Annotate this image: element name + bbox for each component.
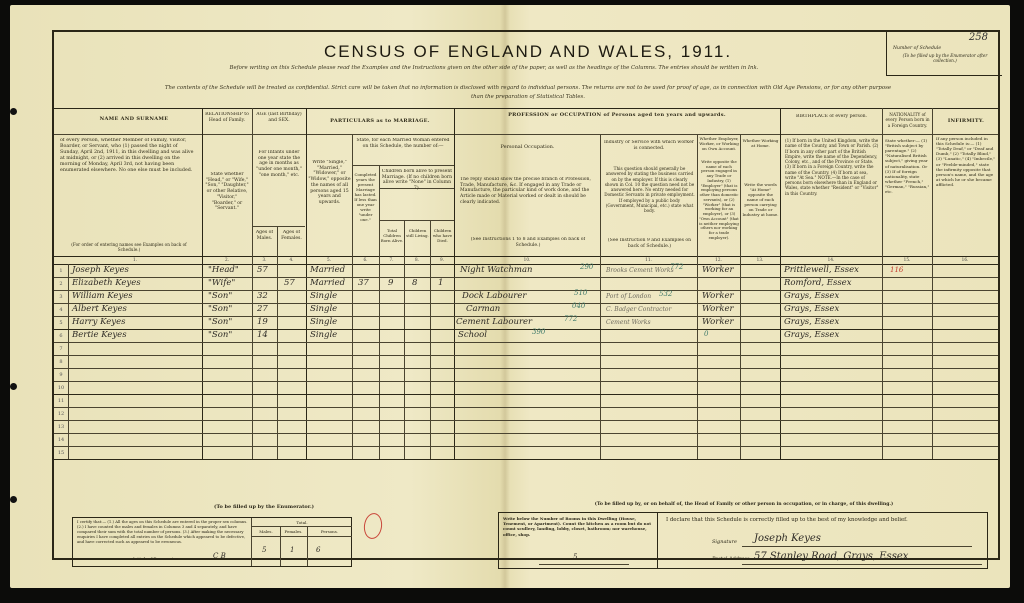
punch-hole xyxy=(10,496,17,503)
column-number: 13. xyxy=(740,257,780,262)
header-infirmity-desc: If any person included in this Schedule … xyxy=(936,136,996,187)
column-number: 15. xyxy=(882,257,932,262)
declaration-box: I declare that this Schedule is correctl… xyxy=(658,512,988,569)
header-relationship-desc: State whether "Head," or "Wife," "Son," … xyxy=(204,172,250,212)
header-children-living: Children still Living. xyxy=(405,228,430,238)
row-number: 9 xyxy=(56,372,66,378)
header-age-males: Ages of Males. xyxy=(253,230,276,241)
header-marriage: PARTICULARS as to MARRIAGE. xyxy=(308,118,452,124)
schedule-number-label: Number of Schedule xyxy=(893,46,941,51)
person-name: Joseph Keyes xyxy=(72,265,129,275)
employment-status: 0 xyxy=(704,330,708,338)
header-age: AGE (last Birthday) and SEX. xyxy=(254,112,304,123)
person-name: Harry Keyes xyxy=(72,317,125,327)
row-number: 10 xyxy=(56,385,66,391)
header-age-females: Ages of Females. xyxy=(278,230,305,241)
industry: C. Badger Contractor xyxy=(606,306,671,313)
females-label: Females. xyxy=(280,529,307,534)
marital-status: Married xyxy=(310,265,345,275)
row-number: 5 xyxy=(56,320,66,326)
row-number: 4 xyxy=(56,307,66,313)
column-number: 14. xyxy=(780,257,882,262)
years-married: 37 xyxy=(358,278,369,288)
header-birthplace-desc: (1) If born in the United Kingdom, write… xyxy=(785,138,880,196)
row-number: 2 xyxy=(56,281,66,287)
row-number: 7 xyxy=(56,346,66,352)
header-name-desc: of every Person, whether Member of Famil… xyxy=(60,138,198,174)
occupation: Night Watchman xyxy=(460,265,533,275)
declaration-text: I declare that this Schedule is correctl… xyxy=(666,517,986,523)
relationship: "Wife" xyxy=(208,278,235,288)
occupation: School xyxy=(458,330,487,340)
header-personal-occupation: Personal Occupation. xyxy=(456,144,599,150)
header-industry: Industry or Service with which worker is… xyxy=(602,140,696,151)
children-died: 1 xyxy=(438,278,443,288)
occupation-code: 390 xyxy=(532,328,545,336)
row-number: 8 xyxy=(56,359,66,365)
industry-code: 772 xyxy=(670,263,683,271)
confidential-notice-cont: than the preparation of Statistical Tabl… xyxy=(64,94,992,100)
schedule-number-box: 258 Number of Schedule (To be filled up … xyxy=(886,30,1002,76)
marital-status: Single xyxy=(310,304,337,314)
header-industry-desc: This question should generally be answer… xyxy=(604,166,695,213)
confidential-notice: The contents of the Schedule will be tre… xyxy=(64,85,992,91)
header-employer: Whether Employer, Worker, or Working on … xyxy=(699,136,739,151)
row-number: 6 xyxy=(56,333,66,339)
header-name-note: (For order of entering names see Example… xyxy=(60,242,198,253)
header-birthplace: BIRTHPLACE of every person. xyxy=(782,114,881,120)
column-number: 7. xyxy=(379,257,404,262)
marital-status: Married xyxy=(310,278,345,288)
header-relationship: RELATIONSHIP to Head of Family. xyxy=(204,112,250,123)
rooms-count: 5 xyxy=(573,553,577,561)
relationship: "Son" xyxy=(208,291,232,301)
industry: Cement Works xyxy=(606,319,651,326)
occupation-code: 772 xyxy=(564,315,577,323)
row-number: 12 xyxy=(56,411,66,417)
birthplace: Prittlewell, Essex xyxy=(784,265,859,275)
column-number: 10. xyxy=(454,257,600,262)
signature-label: Signature xyxy=(712,539,737,545)
header-name: NAME AND SURNAME xyxy=(68,116,200,122)
enumerator-section-title: (To be filled up by the Enumerator.) xyxy=(144,504,384,510)
punch-hole xyxy=(10,383,17,390)
age-female: 57 xyxy=(284,278,295,288)
relationship: "Son" xyxy=(208,330,232,340)
total-label: Total. xyxy=(252,520,352,525)
header-profession: PROFESSION or OCCUPATION of Persons aged… xyxy=(456,112,778,118)
employment-status: Worker xyxy=(702,265,734,275)
age-male: 57 xyxy=(257,265,268,275)
row-number: 15 xyxy=(56,450,66,456)
header-at-home: Whether Working at Home. xyxy=(742,138,779,148)
person-name: Bertie Keyes xyxy=(72,330,127,340)
occupation-code: 290 xyxy=(580,263,593,271)
rooms-box: Write below the Number of Rooms in this … xyxy=(498,512,658,569)
children-living: 8 xyxy=(412,278,417,288)
children-born: 9 xyxy=(388,278,393,288)
enumerator-certificate: I certify that:— (1.) All the ages on th… xyxy=(72,517,352,567)
header-infirmity: INFIRMITY. xyxy=(934,118,998,124)
birthplace: Grays, Essex xyxy=(784,330,839,340)
column-number: 9. xyxy=(430,257,454,262)
header-at-home-desc: Write the words "At Home" opposite the n… xyxy=(742,182,779,217)
occupation: Dock Labourer xyxy=(462,291,526,301)
column-number: 6. xyxy=(352,257,379,262)
industry-code: 532 xyxy=(659,290,672,298)
employment-status: Worker xyxy=(702,304,734,314)
total-males: 5 xyxy=(262,546,266,554)
total-persons: 6 xyxy=(316,546,320,554)
row-number: 14 xyxy=(56,437,66,443)
column-number: 5. xyxy=(306,257,352,262)
header-children-desc: Children born alive to present Marriage.… xyxy=(381,169,453,192)
red-circle-mark xyxy=(362,512,383,540)
row-number: 1 xyxy=(56,268,66,274)
totals-grid: Total. Males. Females. Persons. 5 1 6 xyxy=(251,518,352,566)
column-number: 4. xyxy=(277,257,306,262)
postal-address: 57 Stanley Road, Grays, Essex xyxy=(754,551,908,562)
marital-status: Single xyxy=(310,317,337,327)
nationality-code: 116 xyxy=(890,266,903,274)
header-years-married: Completed years the present Marriage has… xyxy=(353,172,378,222)
form-title: CENSUS OF ENGLAND AND WALES, 1911. xyxy=(54,42,1002,62)
rooms-instruction: Write below the Number of Rooms in this … xyxy=(503,516,653,537)
header-personal-occupation-desc: The reply should show the precise branch… xyxy=(460,177,598,206)
initials-label: Initials of Enumerator. xyxy=(133,556,179,561)
occupation-code: 510 xyxy=(574,289,587,297)
age-male: 14 xyxy=(257,330,268,340)
column-number: 16. xyxy=(932,257,998,262)
header-nationality: NATIONALITY of every Person born in a Fo… xyxy=(884,112,931,128)
person-name: Elizabeth Keyes xyxy=(72,278,141,288)
age-male: 32 xyxy=(257,291,268,301)
row-number: 3 xyxy=(56,294,66,300)
marital-status: Single xyxy=(310,291,337,301)
age-male: 27 xyxy=(257,304,268,314)
row-number: 13 xyxy=(56,424,66,430)
column-number: 1. xyxy=(68,257,202,262)
signature: Joseph Keyes xyxy=(754,533,821,544)
birthplace: Grays, Essex xyxy=(784,304,839,314)
age-male: 19 xyxy=(257,317,268,327)
header-children-total: Total Children Born Alive. xyxy=(380,228,404,243)
occupation: Cement Labourer xyxy=(456,317,532,327)
header-nationality-desc: State whether:— (1) "British subject by … xyxy=(885,138,931,194)
column-number: 12. xyxy=(697,257,740,262)
column-number: 11. xyxy=(600,257,697,262)
column-number: 2. xyxy=(202,257,252,262)
row-number: 11 xyxy=(56,398,66,404)
males-label: Males. xyxy=(252,529,280,534)
person-name: William Keyes xyxy=(72,291,133,301)
census-form: CENSUS OF ENGLAND AND WALES, 1911. Befor… xyxy=(52,30,1000,560)
certify-text: I certify that:— (1.) All the ages on th… xyxy=(77,520,249,545)
header-industry-note: (See Instruction 9 and Examples on back … xyxy=(604,238,695,249)
relationship: "Son" xyxy=(208,304,232,314)
schedule-number: 258 xyxy=(969,32,988,43)
birthplace: Grays, Essex xyxy=(784,291,839,301)
relationship: "Son" xyxy=(208,317,232,327)
header-children-died: Children who have Died. xyxy=(431,228,454,243)
enumerator-initials: C B xyxy=(213,552,226,560)
employment-status: Worker xyxy=(702,317,734,327)
occupier-section-title: (To be filled up by, or on behalf of, th… xyxy=(494,502,994,507)
postal-address-label: Postal Address xyxy=(712,556,749,562)
birthplace: Grays, Essex xyxy=(784,317,839,327)
occupation: Carman xyxy=(466,304,500,314)
header-married-woman-desc: State, for each Married Woman entered on… xyxy=(354,138,452,149)
marital-status: Single xyxy=(310,330,337,340)
industry: Port of London xyxy=(606,293,651,300)
column-number: 8. xyxy=(404,257,430,262)
occupation-code: 040 xyxy=(572,302,585,310)
header-marital-status-desc: Write "Single," "Married," "Widower," or… xyxy=(308,160,351,206)
employment-status: Worker xyxy=(702,291,734,301)
persons-label: Persons. xyxy=(307,529,352,534)
relationship: "Head" xyxy=(208,265,239,275)
header-personal-occupation-note: (See Instructions 1 to 8 and Examples on… xyxy=(458,237,598,248)
schedule-number-note: (To be filled up by the Enumerator after… xyxy=(891,53,999,63)
total-females: 1 xyxy=(290,546,294,554)
industry: Brooks Cement Works xyxy=(606,267,674,274)
column-number: 3. xyxy=(252,257,277,262)
punch-hole xyxy=(10,108,17,115)
header-employer-desc: Write opposite the name of each person e… xyxy=(699,160,739,240)
person-name: Albert Keyes xyxy=(72,304,127,314)
header-age-desc: For Infants under one year state the age… xyxy=(254,150,304,179)
birthplace: Romford, Essex xyxy=(784,278,852,288)
instruction-line: Before writing on this Schedule please r… xyxy=(114,65,874,71)
